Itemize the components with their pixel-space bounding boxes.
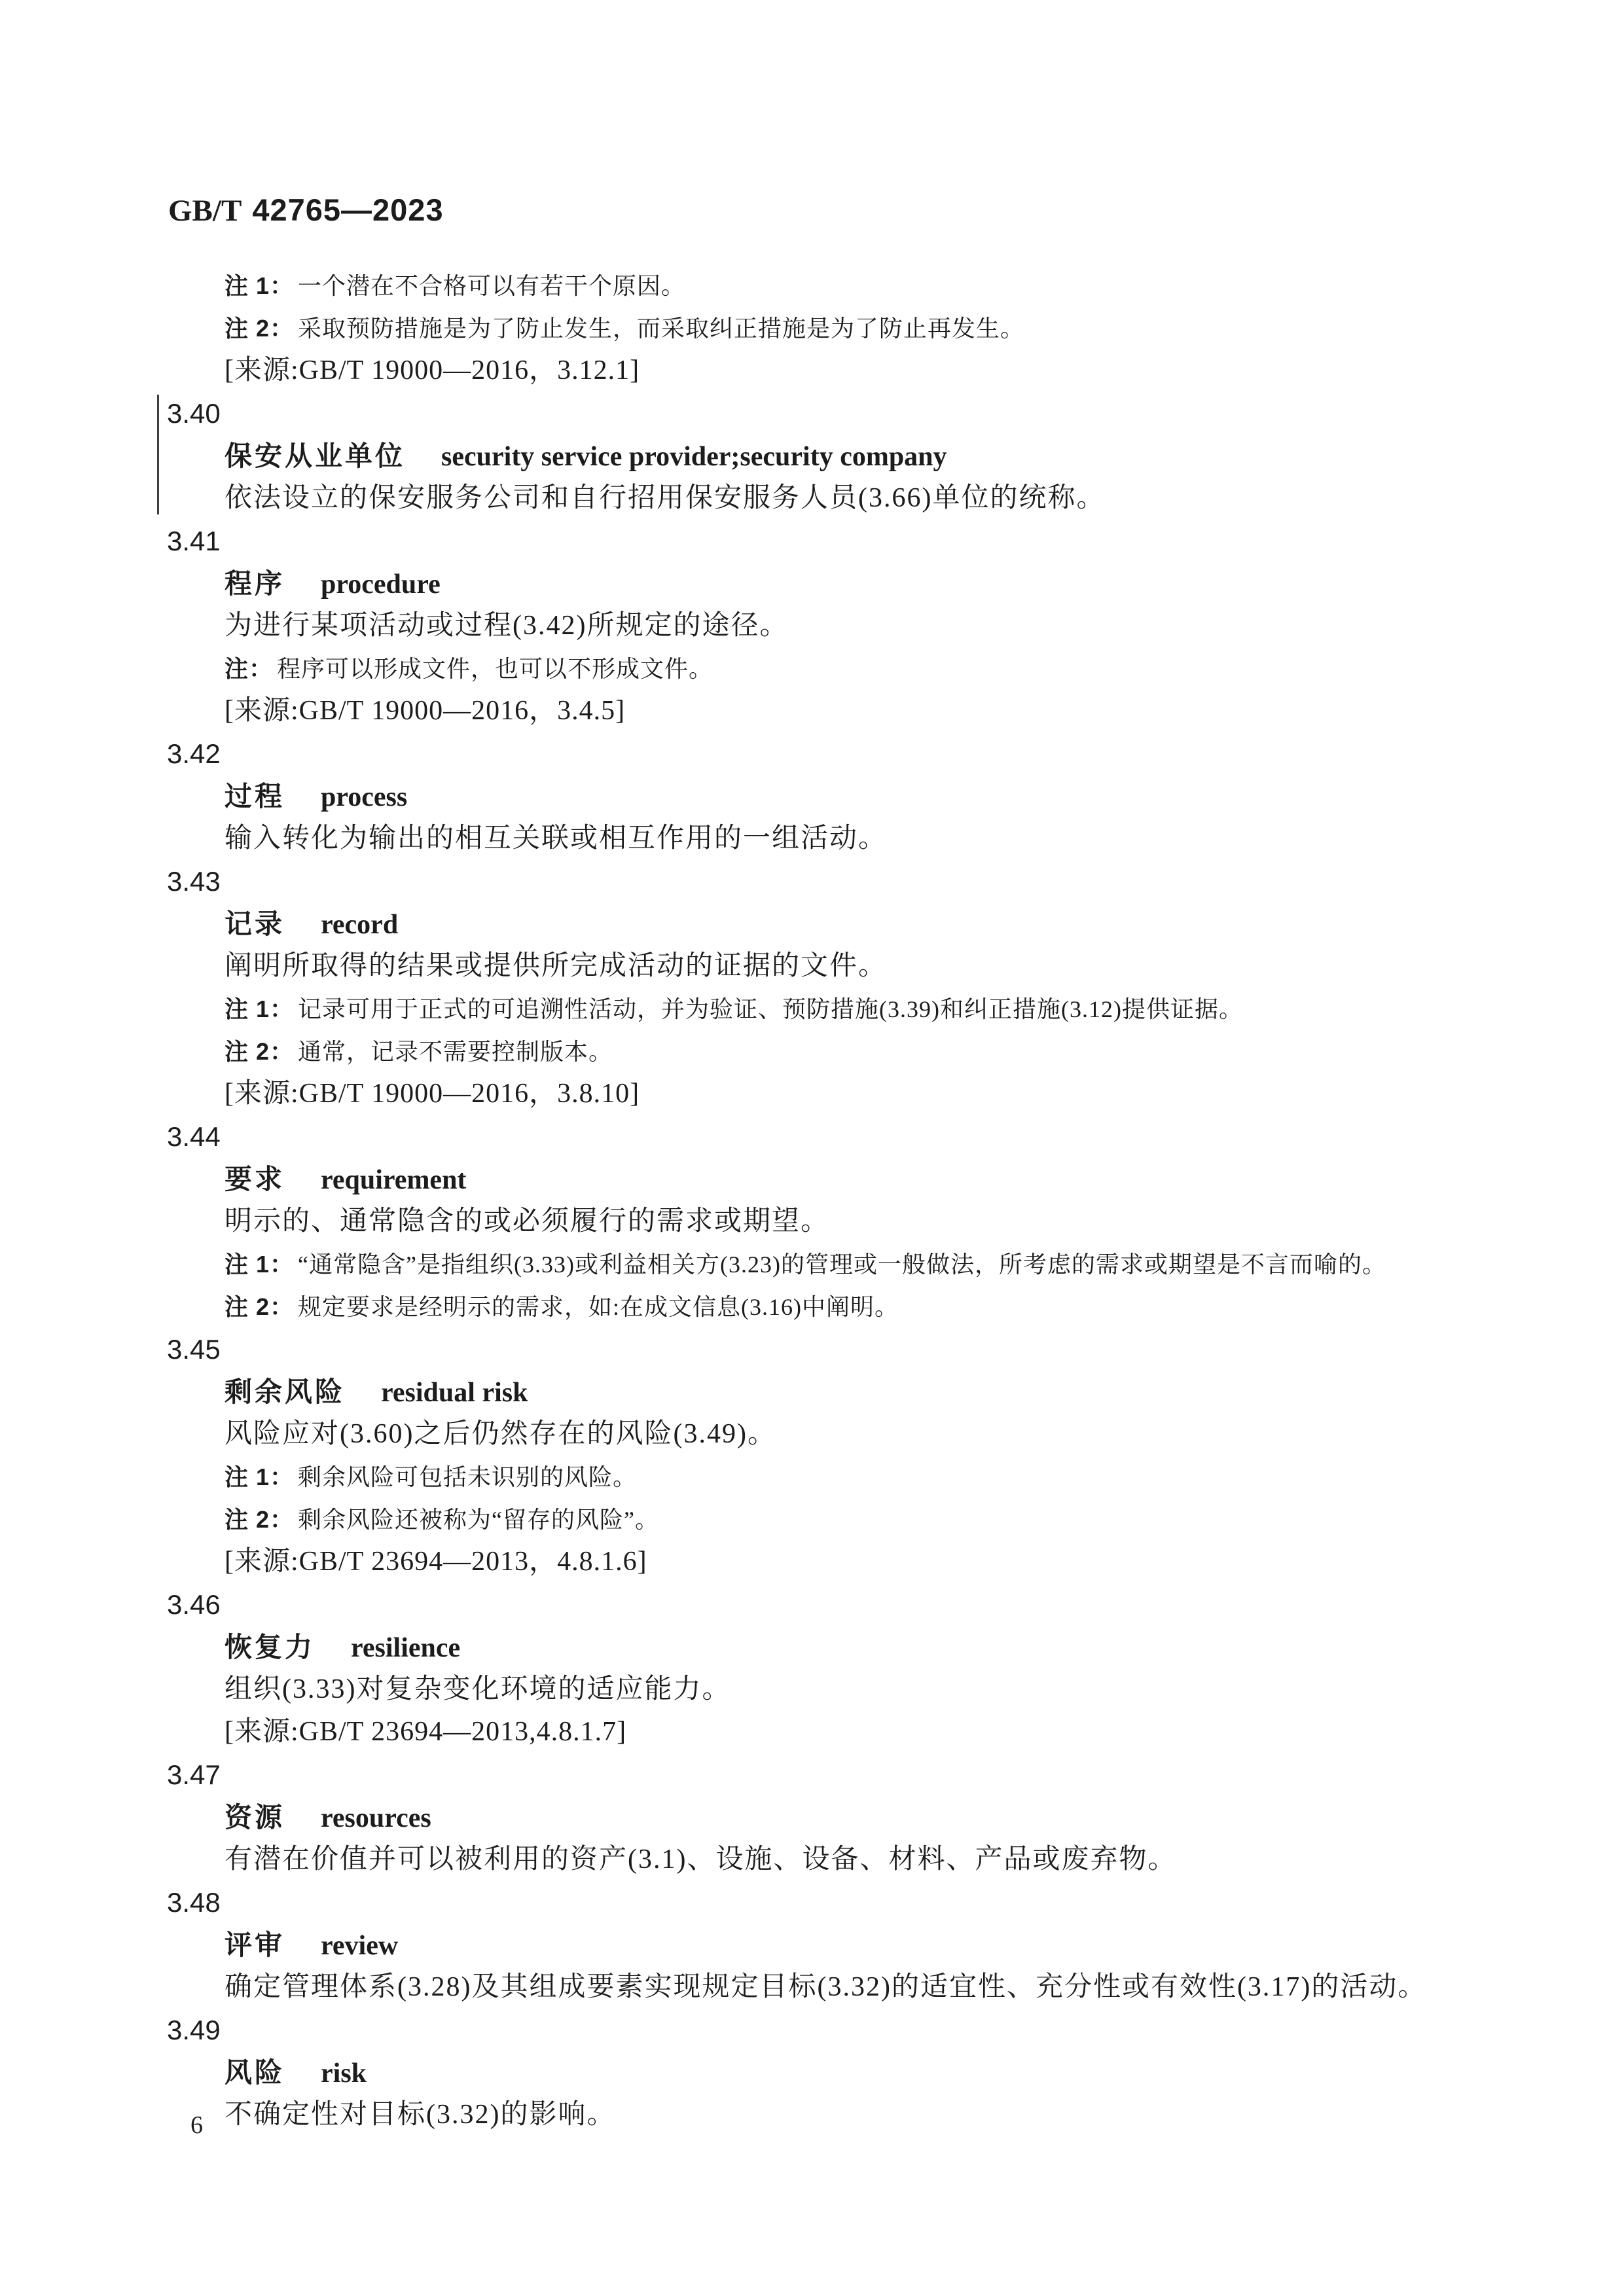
note-label: 注 1： bbox=[225, 272, 294, 299]
term-line: 资源resources bbox=[167, 1796, 1600, 1839]
term-line: 恢复力resilience bbox=[167, 1626, 1600, 1668]
standard-code-number: 42765—2023 bbox=[252, 192, 443, 227]
note-line: 注 1：记录可用于正式的可追溯性活动，并为验证、预防措施(3.39)和纠正措施(… bbox=[167, 988, 1600, 1030]
definition-line: 为进行某项活动或过程(3.42)所规定的途径。 bbox=[167, 605, 1600, 647]
definition-line: 确定管理体系(3.28)及其组成要素实现规定目标(3.32)的适宜性、充分性或有… bbox=[167, 1966, 1600, 2009]
term-entry: 3.44 要求requirement 明示的、通常隐含的或必须履行的需求或期望。… bbox=[167, 1115, 1600, 1328]
term-line: 评审review bbox=[167, 1924, 1600, 1966]
note-line: 注 1：“通常隐含”是指组织(3.33)或利益相关方(3.23)的管理或一般做法… bbox=[167, 1243, 1600, 1285]
note-text: 规定要求是经明示的需求，如:在成文信息(3.16)中阐明。 bbox=[298, 1294, 899, 1320]
term-chinese: 记录 bbox=[225, 908, 285, 939]
document-page: GB/T42765—2023 注 1：一个潜在不合格可以有若干个原因。 注 2：… bbox=[0, 0, 1624, 2296]
section-number: 3.46 bbox=[167, 1583, 1600, 1626]
note-label: 注 1： bbox=[225, 1463, 294, 1490]
term-entry: 3.42 过程process 输入转化为输出的相互关联或相互作用的一组活动。 bbox=[167, 732, 1600, 860]
section-number: 3.43 bbox=[167, 860, 1600, 903]
definition-line: 依法设立的保安服务公司和自行招用保安服务人员(3.66)单位的统称。 bbox=[167, 477, 1600, 520]
note-label: 注 2： bbox=[225, 1038, 294, 1065]
section-number: 3.47 bbox=[167, 1753, 1600, 1796]
term-entry: 3.47 资源resources 有潜在价值并可以被利用的资产(3.1)、设施、… bbox=[167, 1753, 1600, 1881]
term-entry: 3.45 剩余风险residual risk 风险应对(3.60)之后仍然存在的… bbox=[167, 1328, 1600, 1583]
note-text: 剩余风险可包括未识别的风险。 bbox=[298, 1464, 637, 1490]
source-line: [来源:GB/T 19000—2016，3.8.10] bbox=[167, 1073, 1600, 1115]
note-line: 注：程序可以形成文件，也可以不形成文件。 bbox=[167, 647, 1600, 690]
definition-line: 阐明所取得的结果或提供所完成活动的证据的文件。 bbox=[167, 945, 1600, 988]
note-line: 注 2：剩余风险还被称为“留存的风险”。 bbox=[167, 1498, 1600, 1541]
term-english: residual risk bbox=[381, 1378, 528, 1408]
page-number: 6 bbox=[190, 2104, 203, 2147]
term-line: 过程process bbox=[167, 775, 1600, 817]
source-line: [来源:GB/T 23694—2013,4.8.1.7] bbox=[167, 1711, 1600, 1753]
note-text: 通常，记录不需要控制版本。 bbox=[298, 1039, 613, 1065]
term-chinese: 评审 bbox=[225, 1929, 285, 1960]
section-number: 3.42 bbox=[167, 732, 1600, 775]
note-text: 一个潜在不合格可以有若干个原因。 bbox=[298, 273, 685, 299]
note-line: 注 1：一个潜在不合格可以有若干个原因。 bbox=[167, 264, 1600, 307]
term-entry: 3.46 恢复力resilience 组织(3.33)对复杂变化环境的适应能力。… bbox=[167, 1583, 1600, 1753]
term-line: 程序procedure bbox=[167, 562, 1600, 605]
source-line: [来源:GB/T 23694—2013，4.8.1.6] bbox=[167, 1541, 1600, 1583]
section-number: 3.44 bbox=[167, 1115, 1600, 1158]
note-text: 采取预防措施是为了防止发生，而采取纠正措施是为了防止再发生。 bbox=[298, 315, 1024, 342]
note-text: 剩余风险还被称为“留存的风险”。 bbox=[298, 1507, 659, 1533]
note-text: “通常隐含”是指组织(3.33)或利益相关方(3.23)的管理或一般做法，所考虑… bbox=[298, 1251, 1386, 1278]
term-line: 记录record bbox=[167, 903, 1600, 945]
term-chinese: 资源 bbox=[225, 1802, 285, 1833]
note-line: 注 1：剩余风险可包括未识别的风险。 bbox=[167, 1456, 1600, 1498]
note-label: 注 2： bbox=[225, 1506, 294, 1533]
term-chinese: 风险 bbox=[225, 2057, 285, 2088]
term-english: resources bbox=[321, 1803, 431, 1833]
note-text: 程序可以形成文件，也可以不形成文件。 bbox=[277, 656, 713, 682]
term-chinese: 保安从业单位 bbox=[225, 440, 405, 471]
term-chinese: 剩余风险 bbox=[225, 1376, 345, 1407]
note-label: 注 2： bbox=[225, 1293, 294, 1320]
note-label: 注： bbox=[225, 655, 273, 682]
term-english: resilience bbox=[351, 1633, 460, 1663]
section-number: 3.48 bbox=[167, 1881, 1600, 1924]
note-line: 注 2：规定要求是经明示的需求，如:在成文信息(3.16)中阐明。 bbox=[167, 1285, 1600, 1328]
source-line: [来源:GB/T 19000—2016，3.4.5] bbox=[167, 690, 1600, 732]
note-label: 注 1： bbox=[225, 1251, 294, 1278]
term-english: risk bbox=[321, 2058, 367, 2089]
definition-line: 输入转化为输出的相互关联或相互作用的一组活动。 bbox=[167, 817, 1600, 860]
term-chinese: 恢复力 bbox=[225, 1632, 315, 1662]
term-chinese: 程序 bbox=[225, 568, 285, 599]
standard-code-header: GB/T42765—2023 bbox=[168, 192, 444, 228]
term-chinese: 过程 bbox=[225, 781, 285, 812]
term-english: procedure bbox=[321, 569, 441, 600]
note-line: 注 2：通常，记录不需要控制版本。 bbox=[167, 1030, 1600, 1073]
section-number: 3.45 bbox=[167, 1328, 1600, 1371]
term-entry: 3.40 保安从业单位security service provider;sec… bbox=[167, 392, 1600, 520]
terms-content: 注 1：一个潜在不合格可以有若干个原因。 注 2：采取预防措施是为了防止发生，而… bbox=[167, 264, 1600, 2136]
source-line: [来源:GB/T 19000—2016，3.12.1] bbox=[167, 350, 1600, 392]
note-label: 注 1： bbox=[225, 996, 294, 1022]
note-text: 记录可用于正式的可追溯性活动，并为验证、预防措施(3.39)和纠正措施(3.12… bbox=[298, 996, 1243, 1022]
note-line: 注 2：采取预防措施是为了防止发生，而采取纠正措施是为了防止再发生。 bbox=[167, 307, 1600, 350]
term-entry: 3.48 评审review 确定管理体系(3.28)及其组成要素实现规定目标(3… bbox=[167, 1881, 1600, 2009]
standard-code-prefix: GB/T bbox=[168, 194, 242, 228]
term-english: review bbox=[321, 1931, 398, 1961]
term-line: 保安从业单位security service provider;security… bbox=[167, 435, 1600, 477]
revision-change-bar bbox=[157, 395, 159, 514]
term-entry: 3.41 程序procedure 为进行某项活动或过程(3.42)所规定的途径。… bbox=[167, 520, 1600, 732]
definition-line: 有潜在价值并可以被利用的资产(3.1)、设施、设备、材料、产品或废弃物。 bbox=[167, 1839, 1600, 1881]
term-english: requirement bbox=[321, 1165, 466, 1195]
section-number: 3.49 bbox=[167, 2009, 1600, 2051]
term-line: 风险risk bbox=[167, 2051, 1600, 2094]
definition-line: 风险应对(3.60)之后仍然存在的风险(3.49)。 bbox=[167, 1413, 1600, 1456]
note-label: 注 2： bbox=[225, 315, 294, 342]
term-chinese: 要求 bbox=[225, 1164, 285, 1194]
term-english: record bbox=[321, 910, 398, 940]
section-number: 3.40 bbox=[167, 392, 1600, 435]
definition-line: 明示的、通常隐含的或必须履行的需求或期望。 bbox=[167, 1200, 1600, 1243]
term-line: 要求requirement bbox=[167, 1158, 1600, 1200]
section-number: 3.41 bbox=[167, 520, 1600, 562]
term-entry: 3.43 记录record 阐明所取得的结果或提供所完成活动的证据的文件。 注 … bbox=[167, 860, 1600, 1115]
definition-line: 不确定性对目标(3.32)的影响。 bbox=[167, 2094, 1600, 2136]
term-entry: 3.49 风险risk 不确定性对目标(3.32)的影响。 bbox=[167, 2009, 1600, 2136]
term-line: 剩余风险residual risk bbox=[167, 1371, 1600, 1413]
definition-line: 组织(3.33)对复杂变化环境的适应能力。 bbox=[167, 1668, 1600, 1711]
term-english: security service provider;security compa… bbox=[441, 442, 947, 472]
term-english: process bbox=[321, 782, 407, 812]
